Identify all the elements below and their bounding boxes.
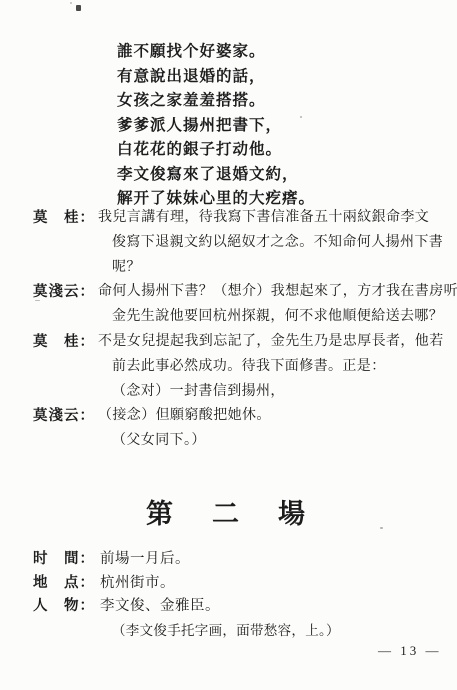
dialogue-line: 前去此事必然成功。待我下面修書。正是：	[112, 355, 457, 380]
dialogue-line: 我兒言講有理，待我寫下書信准备五十兩紋銀命李文	[98, 206, 457, 231]
dialogue-line: （念对）一封書信到揚州，	[112, 380, 457, 405]
dialogue-entry: 莫 桂： 我兒言講有理，待我寫下書信准备五十兩紋銀命李文 俊寫下退親文約以絕奴才…	[0, 206, 457, 280]
scan-speck	[430, 292, 433, 294]
page-number: — 13 —	[378, 643, 442, 659]
scan-speck	[76, 5, 81, 11]
dialogue-line: 不是女兒提起我到忘記了，金先生乃是忠厚長者，他若	[98, 330, 457, 355]
scene-heading: 第 二 場	[0, 492, 457, 531]
stage-direction: （父女同下。）	[112, 429, 457, 454]
speaker-name: 莫淺云：	[33, 404, 95, 429]
scene-info-value: 李文俊、金雅臣。	[100, 595, 457, 619]
scan-speck	[70, 2, 72, 4]
verse-block: 誰不願找个好婆家。 有意說出退婚的話， 女孩之家羞羞搭搭。 爹爹派人揚州把書下，…	[117, 40, 315, 212]
verse-line: 白花花的銀子打动他。	[117, 138, 315, 163]
scene-info-block: 时 間： 前場一月后。 地 点： 杭州街市。 人 物： 李文俊、金雅臣。	[0, 548, 457, 619]
scene-info-label: 地 点：	[33, 572, 95, 596]
scene-info-time: 时 間： 前場一月后。	[0, 548, 457, 572]
speaker-name: 莫 桂：	[33, 330, 95, 355]
dialogue-entry: 莫 桂： 不是女兒提起我到忘記了，金先生乃是忠厚長者，他若 前去此事必然成功。待…	[0, 330, 457, 404]
dialogue-line: 俊寫下退親文約以絕奴才之念。不知命何人揚州下書	[112, 231, 457, 256]
dialogue-line: 金先生說他要回杭州探親，何不求他順便給送去哪？	[112, 305, 457, 330]
dialogue-block: 莫 桂： 我兒言講有理，待我寫下書信准备五十兩紋銀命李文 俊寫下退親文約以絕奴才…	[0, 206, 457, 454]
verse-line: 女孩之家羞羞搭搭。	[117, 89, 315, 114]
scene-info-label: 人 物：	[33, 595, 95, 619]
stage-direction: （李文俊手托字画，面带愁容，上。）	[112, 619, 340, 639]
verse-line: 李文俊寫來了退婚文約，	[117, 163, 315, 188]
dialogue-line: （接念）但願窮酸把她休。	[98, 404, 457, 429]
scene-info-place: 地 点： 杭州街市。	[0, 572, 457, 596]
speaker-name: 莫 桂：	[33, 206, 95, 231]
dialogue-entry: 莫淺云： （接念）但願窮酸把她休。 （父女同下。）	[0, 404, 457, 454]
script-page: 誰不願找个好婆家。 有意說出退婚的話， 女孩之家羞羞搭搭。 爹爹派人揚州把書下，…	[0, 0, 457, 690]
scan-speck	[35, 300, 40, 301]
scan-speck	[300, 116, 302, 118]
verse-line: 爹爹派人揚州把書下，	[117, 114, 315, 139]
dialogue-line: 呢？	[112, 256, 457, 281]
scan-speck	[380, 527, 383, 529]
scene-info-characters: 人 物： 李文俊、金雅臣。	[0, 595, 457, 619]
speaker-name: 莫淺云：	[33, 280, 95, 305]
dialogue-line: 命何人揚州下書？（想介）我想起來了，方才我在書房听	[98, 280, 457, 305]
scene-info-value: 前場一月后。	[100, 548, 457, 572]
scene-info-label: 时 間：	[33, 548, 95, 572]
verse-line: 誰不願找个好婆家。	[117, 40, 315, 65]
scene-info-value: 杭州街市。	[100, 572, 457, 596]
verse-line: 有意說出退婚的話，	[117, 65, 315, 90]
dialogue-entry: 莫淺云： 命何人揚州下書？（想介）我想起來了，方才我在書房听 金先生說他要回杭州…	[0, 280, 457, 330]
